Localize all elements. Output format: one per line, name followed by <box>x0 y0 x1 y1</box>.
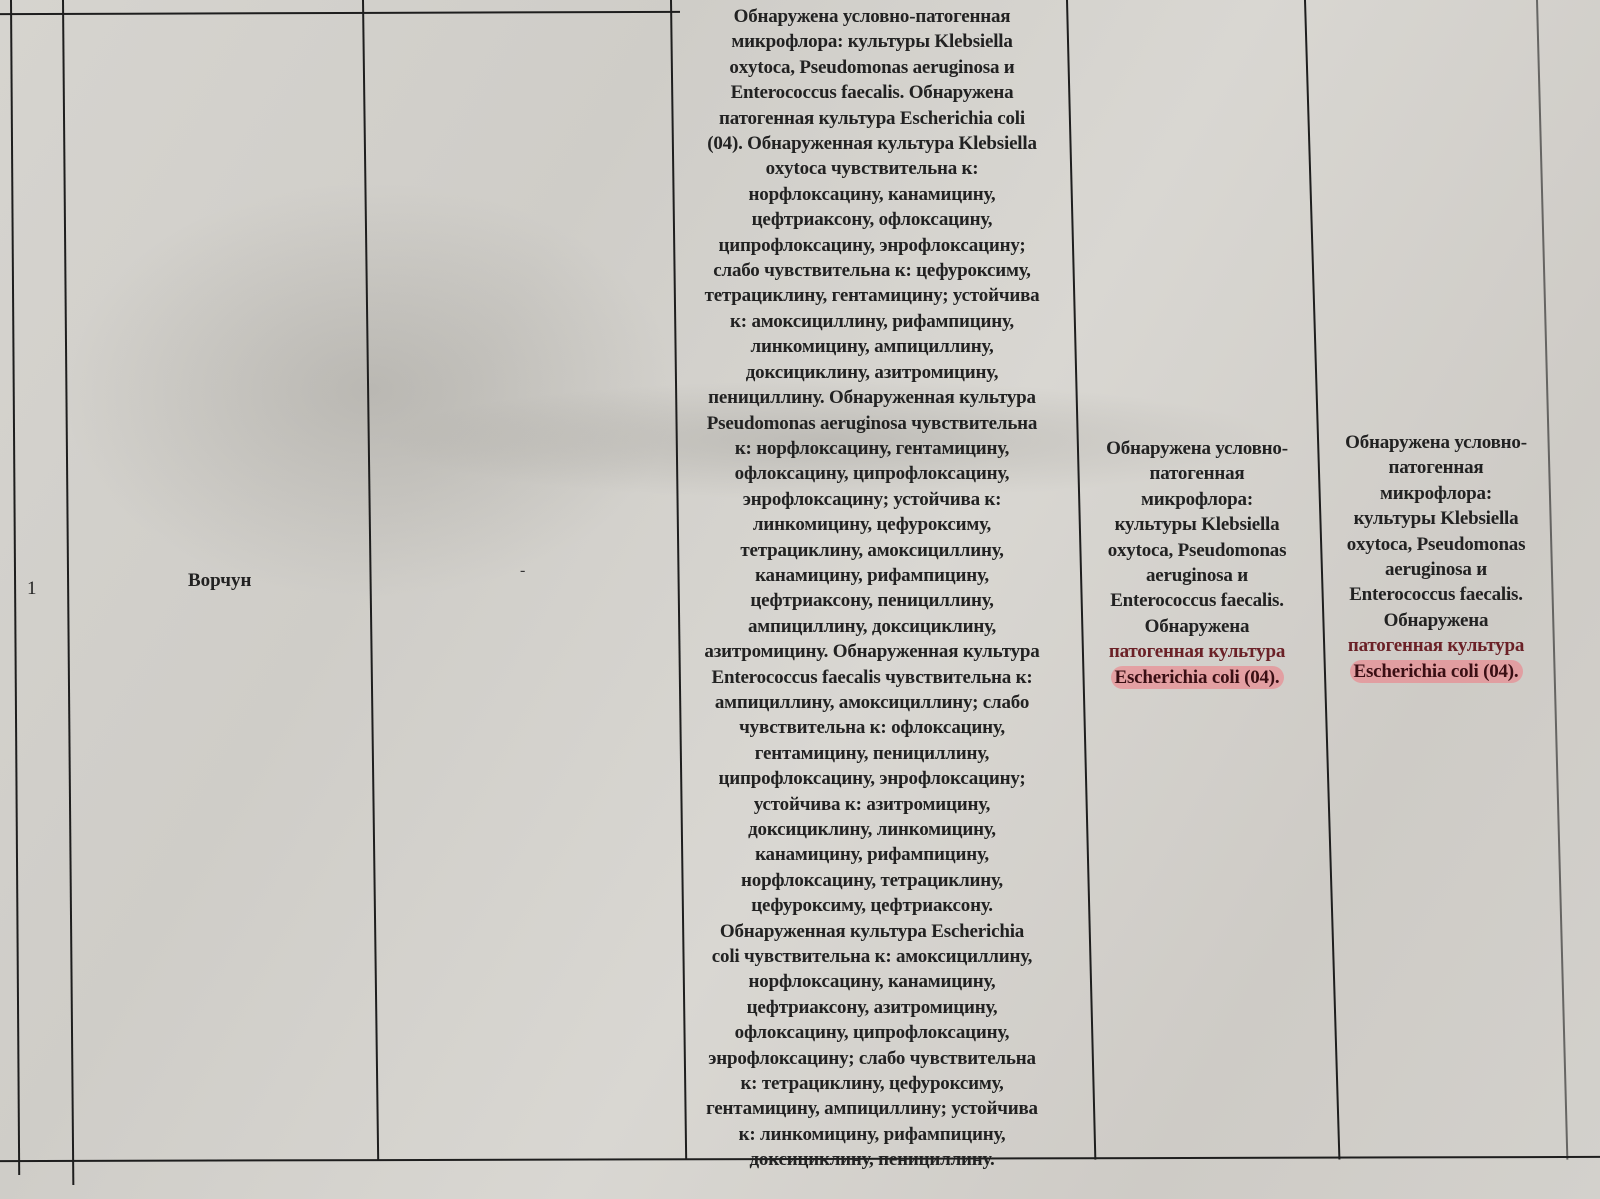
result-line: к: линкомицину, рифампицину, <box>672 1122 1072 1147</box>
result-line: микрофлора: культуры Klebsiella <box>672 29 1072 54</box>
summary-line: Обнаружена <box>1082 614 1312 639</box>
summary-line: патогенная <box>1320 455 1552 480</box>
highlighted-pathogen: Escherichia coli (04). <box>1350 660 1523 683</box>
column-border-2 <box>362 0 379 1160</box>
result-line: ципрофлоксацину, энрофлоксацину; <box>672 233 1072 258</box>
column-border-1 <box>62 0 74 1185</box>
result-line: чувствительна к: офлоксацину, <box>672 715 1072 740</box>
result-line: Pseudomonas aeruginosa чувствительна <box>672 411 1072 436</box>
empty-cell-dash: - <box>520 562 525 580</box>
result-line: энрофлоксацину; слабо чувствительна <box>672 1046 1072 1071</box>
result-line: Enterococcus faecalis чувствительна к: <box>672 665 1072 690</box>
result-line: к: тетрациклину, цефуроксиму, <box>672 1071 1072 1096</box>
column-border-0 <box>10 0 20 1175</box>
result-line: Enterococcus faecalis. Обнаружена <box>672 80 1072 105</box>
result-line: к: норфлоксацину, гентамицину, <box>672 436 1072 461</box>
summary-line: патогенная <box>1082 461 1312 486</box>
table-top-border <box>0 11 680 15</box>
result-line: слабо чувствительна к: цефуроксиму, <box>672 258 1072 283</box>
result-line: гентамицину, пенициллину, <box>672 741 1072 766</box>
result-line: офлоксацину, ципрофлоксацину, <box>672 1020 1072 1045</box>
result-line: цефтриаксону, пенициллину, <box>672 588 1072 613</box>
summary-cell-a: Обнаружена условно-патогеннаямикрофлора:… <box>1082 436 1312 690</box>
result-line: норфлоксацину, канамицину, <box>672 969 1072 994</box>
animal-name: Ворчун <box>188 570 251 592</box>
result-line: устойчива к: азитромицину, <box>672 792 1072 817</box>
summary-line: культуры Klebsiella <box>1320 506 1552 531</box>
highlighted-pathogen: Escherichia coli (04). <box>1111 666 1284 689</box>
result-line: oxytoca чувствительна к: <box>672 156 1072 181</box>
summary-line: oxytoca, Pseudomonas <box>1320 532 1552 557</box>
result-line: Обнаружена условно-патогенная <box>672 4 1072 29</box>
result-line: гентамицину, ампициллину; устойчива <box>672 1096 1072 1121</box>
summary-line: Обнаружена <box>1320 608 1552 633</box>
result-line: ампициллину, доксициклину, <box>672 614 1072 639</box>
result-line: доксициклину, пенициллину. <box>672 1147 1072 1172</box>
result-line: (04). Обнаруженная культура Klebsiella <box>672 131 1072 156</box>
summary-line: Enterococcus faecalis. <box>1320 582 1552 607</box>
summary-line: aeruginosa и <box>1320 557 1552 582</box>
summary-line: микрофлора: <box>1320 481 1552 506</box>
result-line: coli чувствительна к: амоксициллину, <box>672 944 1072 969</box>
result-line: ципрофлоксацину, энрофлоксацину; <box>672 766 1072 791</box>
summary-line: oxytoca, Pseudomonas <box>1082 538 1312 563</box>
result-line: тетрациклину, амоксициллину, <box>672 538 1072 563</box>
result-line: доксициклину, линкомицину, <box>672 817 1072 842</box>
result-line: офлоксацину, ципрофлоксацину, <box>672 461 1072 486</box>
culture-result-cell: Обнаружена условно-патогеннаямикрофлора:… <box>672 4 1072 1173</box>
result-line: энрофлоксацину; устойчива к: <box>672 487 1072 512</box>
result-line: цефтриаксону, азитромицину, <box>672 995 1072 1020</box>
row-number: 1 <box>27 578 37 600</box>
summary-line: патогенная культура <box>1082 639 1312 664</box>
summary-line: микрофлора: <box>1082 487 1312 512</box>
result-line: линкомицину, цефуроксиму, <box>672 512 1072 537</box>
result-line: норфлоксацину, тетрациклину, <box>672 868 1072 893</box>
result-line: ампициллину, амоксициллину; слабо <box>672 690 1072 715</box>
summary-line: Обнаружена условно- <box>1320 430 1552 455</box>
result-line: линкомицину, ампициллину, <box>672 334 1072 359</box>
result-line: цефтриаксону, офлоксацину, <box>672 207 1072 232</box>
result-line: к: амоксициллину, рифампицину, <box>672 309 1072 334</box>
summary-line: патогенная культура <box>1320 633 1552 658</box>
summary-line: Enterococcus faecalis. <box>1082 588 1312 613</box>
summary-line: aeruginosa и <box>1082 563 1312 588</box>
result-line: канамицину, рифампицину, <box>672 842 1072 867</box>
document-photo: 1 Ворчун - Обнаружена условно-патогенная… <box>0 0 1600 1199</box>
result-line: патогенная культура Escherichia coli <box>672 106 1072 131</box>
result-line: азитромицину. Обнаруженная культура <box>672 639 1072 664</box>
result-line: oxytoca, Pseudomonas aeruginosa и <box>672 55 1072 80</box>
result-line: норфлоксацину, канамицину, <box>672 182 1072 207</box>
result-line: доксициклину, азитромицину, <box>672 360 1072 385</box>
result-line: пенициллину. Обнаруженная культура <box>672 385 1072 410</box>
result-line: канамицину, рифампицину, <box>672 563 1072 588</box>
result-line: цефуроксиму, цефтриаксону. <box>672 893 1072 918</box>
result-line: Обнаруженная культура Escherichia <box>672 919 1072 944</box>
summary-cell-b: Обнаружена условно-патогеннаямикрофлора:… <box>1320 430 1552 684</box>
result-line: тетрациклину, гентамицину; устойчива <box>672 283 1072 308</box>
summary-line: Обнаружена условно- <box>1082 436 1312 461</box>
summary-line: культуры Klebsiella <box>1082 512 1312 537</box>
